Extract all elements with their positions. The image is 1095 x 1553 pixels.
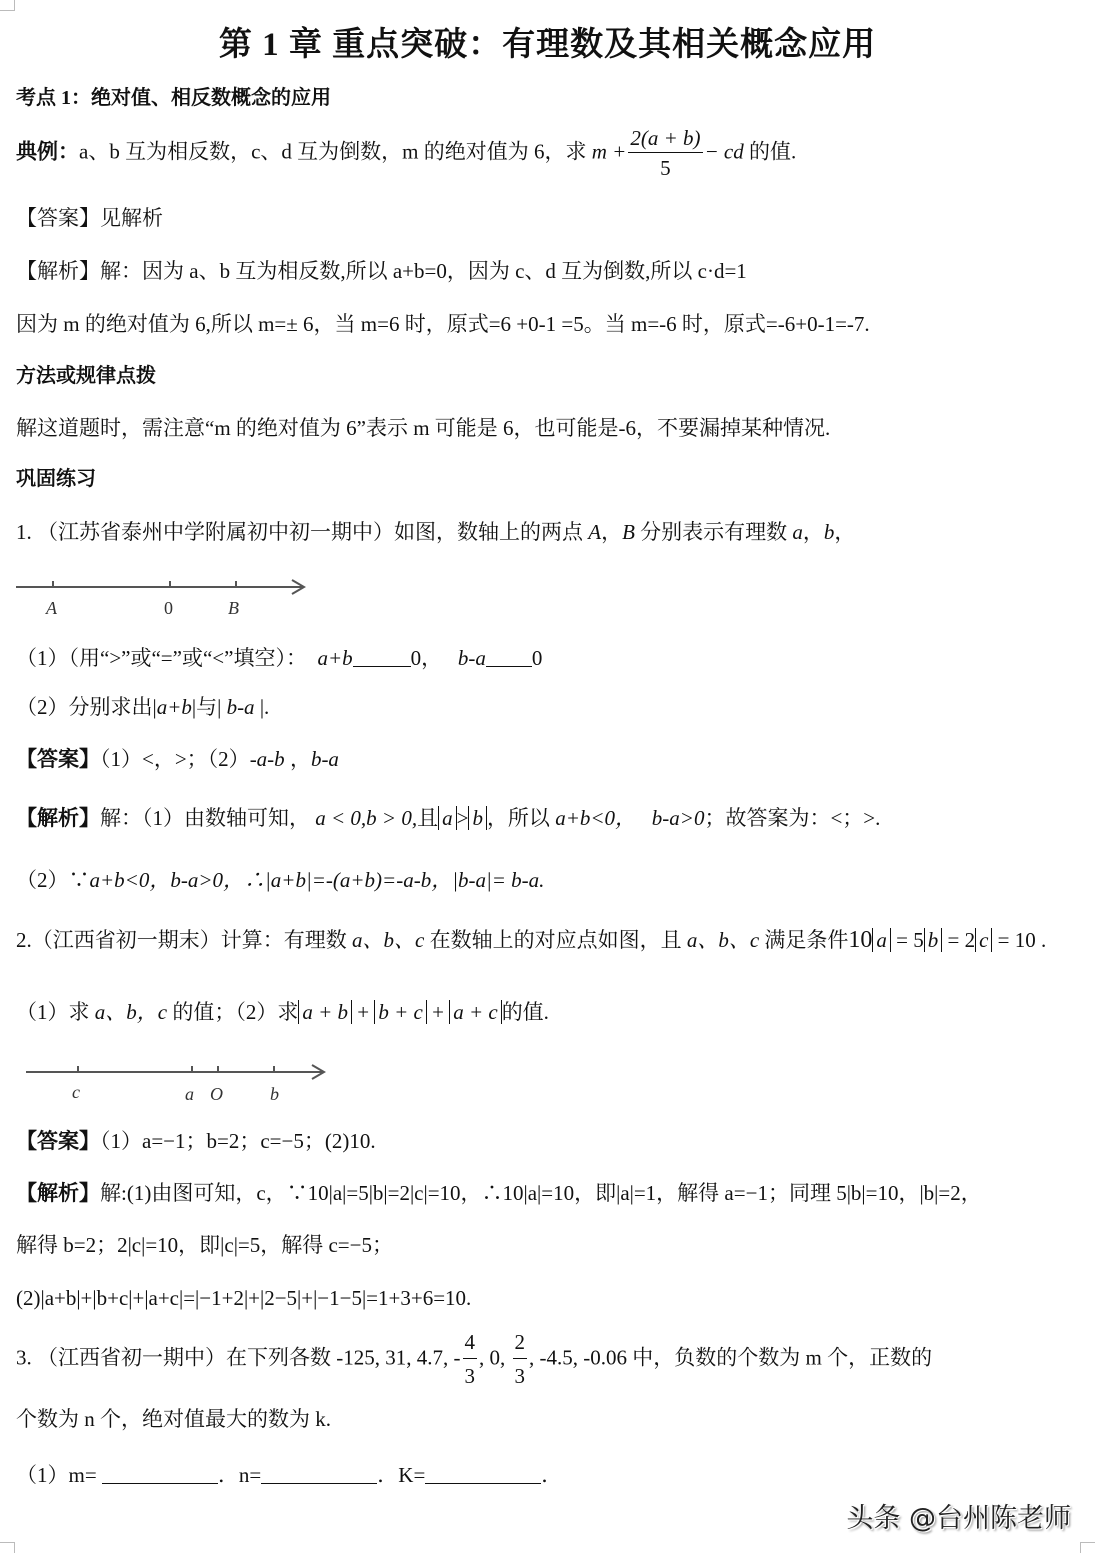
number-line-q2: c a O b [20,1062,340,1112]
expr-post: − cd [705,139,744,163]
practice-heading: 巩固练习 [16,469,96,489]
example-label: 典例： [16,139,79,163]
number-line-q1: A 0 B [12,572,312,622]
q3-part1: （1）m= ．n=．K=． [16,1462,562,1486]
q3-stem-2: 个数为 n 个，绝对值最大的数为 k. [16,1409,331,1430]
method-heading: 方法或规律点拨 [16,366,156,386]
section-heading: 考点 1：绝对值、相反数概念的应用 [16,88,331,108]
page-corner-mark [0,1542,15,1553]
answer-blank[interactable] [486,645,532,667]
point-label-A: A [45,598,58,618]
fraction: 2(a + b)5 [628,128,702,179]
answer-blank-n[interactable] [261,1462,377,1484]
method-text: 解这道题时，需注意“m 的绝对值为 6”表示 m 可能是 6，也可能是-6，不要… [16,418,830,439]
point-label-origin: O [210,1084,223,1104]
answer-blank-m[interactable] [102,1462,218,1484]
example-text: a、b 互为相反数，c、d 互为倒数，m 的绝对值为 6，求 [79,139,586,163]
q2-analysis-1: 【解析】解:(1)由图可知，c，∵10|a|=5|b|=2|c|=10，∴10|… [16,1183,982,1204]
answer-blank-k[interactable] [425,1462,541,1484]
example-analysis-1: 【解析】解：因为 a、b 互为相反数,所以 a+b=0，因为 c、d 互为倒数,… [16,261,747,282]
q2-analysis-3: (2)|a+b|+|b+c|+|a+c|=|−1+2|+|2−5|+|−1−5|… [16,1288,471,1309]
example-tail: 的值. [744,139,797,163]
q1-stem: 1. （江苏省泰州中学附属初中初一期中）如图，数轴上的两点 A，B 分别表示有理… [16,522,855,543]
page-corner-mark [0,0,15,11]
q1-answer: 【答案】（1）<，>；（2）-a-b ，b-a [16,749,339,770]
q3-stem: 3. （江西省初一期中）在下列各数 -125, 31, 4.7, -43, 0,… [16,1330,932,1389]
point-label-c: c [72,1082,80,1102]
point-label-a: a [185,1084,194,1104]
example-analysis-2: 因为 m 的绝对值为 6,所以 m=± 6，当 m=6 时，原式=6 +0-1 … [16,314,870,335]
q1-analysis-1: 【解析】解：（1）由数轴可知， a < 0,b > 0,且a>b，所以 a+b<… [16,806,880,830]
fraction: 43 [463,1330,478,1389]
page-corner-mark [1080,1542,1095,1553]
expr-pre: m + [592,139,627,163]
q1-analysis-2: （2）∵a+b<0，b-a>0，∴|a+b|=-(a+b)=-a-b，|b-a|… [16,870,544,891]
q2-stem: 2.（江西省初一期末）计算：有理数 a、b、c 在数轴上的对应点如图，且 a、b… [16,928,1046,952]
point-label-0: 0 [164,598,173,618]
point-label-b: b [270,1084,279,1104]
fraction: 23 [513,1330,528,1389]
q1-part1: （1）（用“>”或“=”或“<”填空）： a+b0， b-a0 [16,645,542,669]
point-label-B: B [228,598,239,618]
page-title: 第 1 章 重点突破：有理数及其相关概念应用 [0,18,1095,65]
answer-blank[interactable] [353,645,411,667]
q2-parts: （1）求 a、b，c 的值；（2）求a + b + b + c + a + c的… [16,1000,549,1024]
watermark: 头条 @台州陈老师 [846,1496,1071,1535]
example-line: 典例：a、b 互为相反数，c、d 互为倒数，m 的绝对值为 6，求 m +2(a… [16,128,796,179]
q2-analysis-2: 解得 b=2；2|c|=10，即|c|=5，解得 c=−5； [16,1235,393,1256]
example-answer: 【答案】见解析 [16,208,163,229]
q2-answer: 【答案】（1）a=−1；b=2；c=−5；(2)10. [16,1131,376,1152]
q1-part2: （2）分别求出|a+b|与| b-a |. [16,697,269,718]
